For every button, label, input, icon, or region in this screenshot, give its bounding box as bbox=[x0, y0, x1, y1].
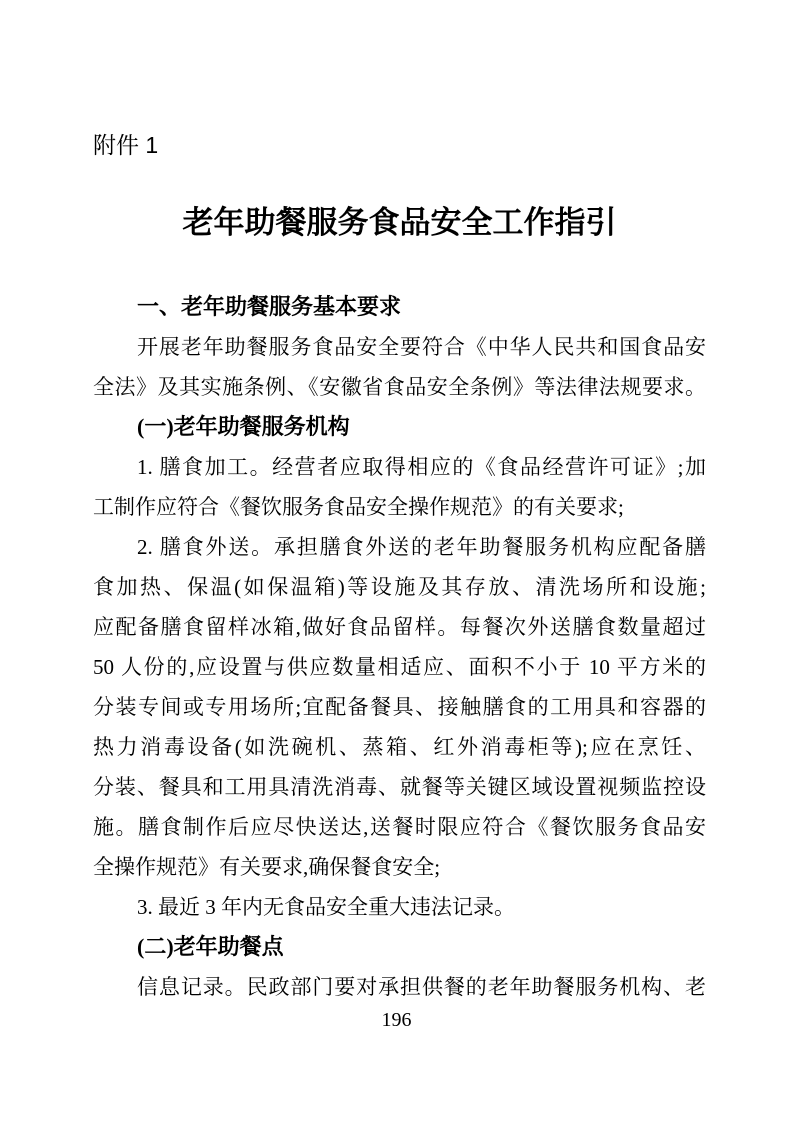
body-line: 食加热、保温(如保温箱)等设施及其存放、清洗场所和设施; bbox=[93, 567, 706, 607]
body-line: 工制作应符合《餐饮服务食品安全操作规范》的有关要求; bbox=[93, 487, 706, 527]
attachment-label: 附件 1 bbox=[93, 130, 706, 160]
body-line: 50 人份的,应设置与供应数量相适应、面积不小于 10 平方米的 bbox=[93, 647, 706, 687]
body-line: 应配备膳食留样冰箱,做好食品留样。每餐次外送膳食数量超过 bbox=[93, 607, 706, 647]
body-line: 热力消毒设备(如洗碗机、蒸箱、红外消毒柜等);应在烹饪、 bbox=[93, 727, 706, 767]
page-number: 196 bbox=[0, 1003, 793, 1037]
body-line: 分装专间或专用场所;宜配备餐具、接触膳食的工用具和容器的 bbox=[93, 687, 706, 727]
body-line: 信息记录。民政部门要对承担供餐的老年助餐服务机构、老 bbox=[93, 967, 706, 1007]
document-body: 附件 1 老年助餐服务食品安全工作指引 一、老年助餐服务基本要求 开展老年助餐服… bbox=[93, 0, 706, 1007]
body-line: 分装、餐具和工用具清洗消毒、就餐等关键区域设置视频监控设 bbox=[93, 767, 706, 807]
subsection-heading-2: (二)老年助餐点 bbox=[93, 927, 706, 967]
body-line-item-2: 2. 膳食外送。承担膳食外送的老年助餐服务机构应配备膳 bbox=[93, 527, 706, 567]
subsection-heading-1: (一)老年助餐服务机构 bbox=[93, 407, 706, 447]
body-line: 全法》及其实施条例、《安徽省食品安全条例》等法律法规要求。 bbox=[93, 367, 706, 407]
body-line: 施。膳食制作后应尽快送达,送餐时限应符合《餐饮服务食品安 bbox=[93, 807, 706, 847]
section-heading-1: 一、老年助餐服务基本要求 bbox=[93, 287, 706, 327]
document-title: 老年助餐服务食品安全工作指引 bbox=[93, 202, 706, 244]
body-line-item-3: 3. 最近 3 年内无食品安全重大违法记录。 bbox=[93, 887, 706, 927]
body-line-item-1: 1. 膳食加工。经营者应取得相应的《食品经营许可证》;加 bbox=[93, 447, 706, 487]
body-line: 全操作规范》有关要求,确保餐食安全; bbox=[93, 847, 706, 887]
document-page: 附件 1 老年助餐服务食品安全工作指引 一、老年助餐服务基本要求 开展老年助餐服… bbox=[0, 0, 793, 1122]
body-line: 开展老年助餐服务食品安全要符合《中华人民共和国食品安 bbox=[93, 327, 706, 367]
